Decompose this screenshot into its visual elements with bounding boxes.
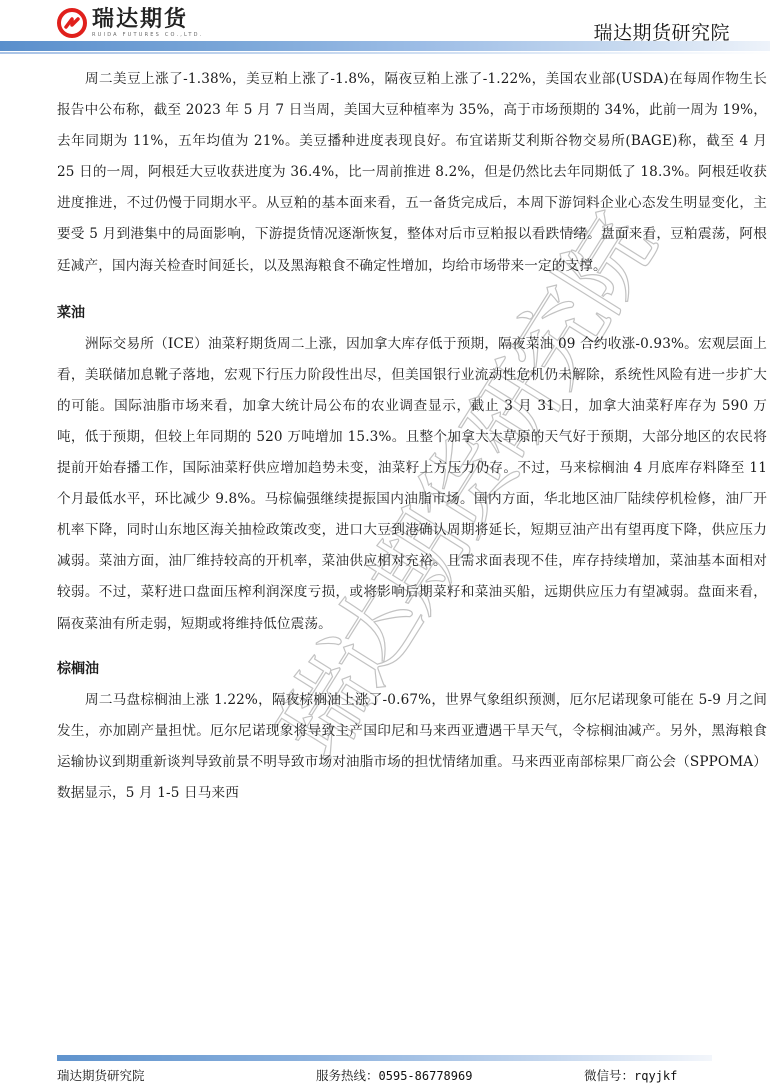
soymeal-paragraph: 周二美豆上涨了-1.38%，美豆粕上涨了-1.8%，隔夜豆粕上涨了-1.22%，… — [57, 64, 767, 282]
footer-wechat: 微信号：rqyjkf — [584, 1066, 677, 1084]
page-header: 瑞达期货 RUIDA FUTURES CO.,LTD. 瑞达期货研究院 — [0, 0, 770, 58]
footer-hotline: 服务热线：0595-86778969 — [316, 1066, 472, 1084]
logo-chinese-name: 瑞达期货 — [92, 8, 203, 32]
rapeseed-oil-paragraph: 洲际交易所（ICE）油菜籽期货周二上涨，因加拿大库存低于预期，隔夜菜油 09 合… — [57, 329, 767, 640]
section-heading-rapeseed-oil: 菜油 — [57, 298, 767, 329]
company-logo: 瑞达期货 RUIDA FUTURES CO.,LTD. — [57, 5, 203, 41]
header-divider-bar — [0, 41, 770, 51]
hotline-number: 0595-86778969 — [379, 1069, 473, 1083]
palm-oil-paragraph: 周二马盘棕榈油上涨 1.22%，隔夜棕榈油上涨了-0.67%，世界气象组织预测，… — [57, 685, 767, 809]
logo-english-name: RUIDA FUTURES CO.,LTD. — [92, 32, 203, 39]
header-divider-line — [0, 52, 770, 54]
footer-divider-bar — [57, 1055, 712, 1061]
logo-mark-icon — [57, 8, 87, 38]
wechat-label: 微信号： — [584, 1068, 634, 1083]
report-body: 周二美豆上涨了-1.38%，美豆粕上涨了-1.8%，隔夜豆粕上涨了-1.22%，… — [57, 64, 767, 809]
hotline-label: 服务热线： — [316, 1068, 379, 1083]
section-heading-palm-oil: 棕榈油 — [57, 654, 767, 685]
page-footer: 瑞达期货研究院 服务热线：0595-86778969 微信号：rqyjkf — [57, 1066, 717, 1086]
wechat-id: rqyjkf — [634, 1069, 677, 1083]
footer-org-name: 瑞达期货研究院 — [57, 1066, 145, 1084]
